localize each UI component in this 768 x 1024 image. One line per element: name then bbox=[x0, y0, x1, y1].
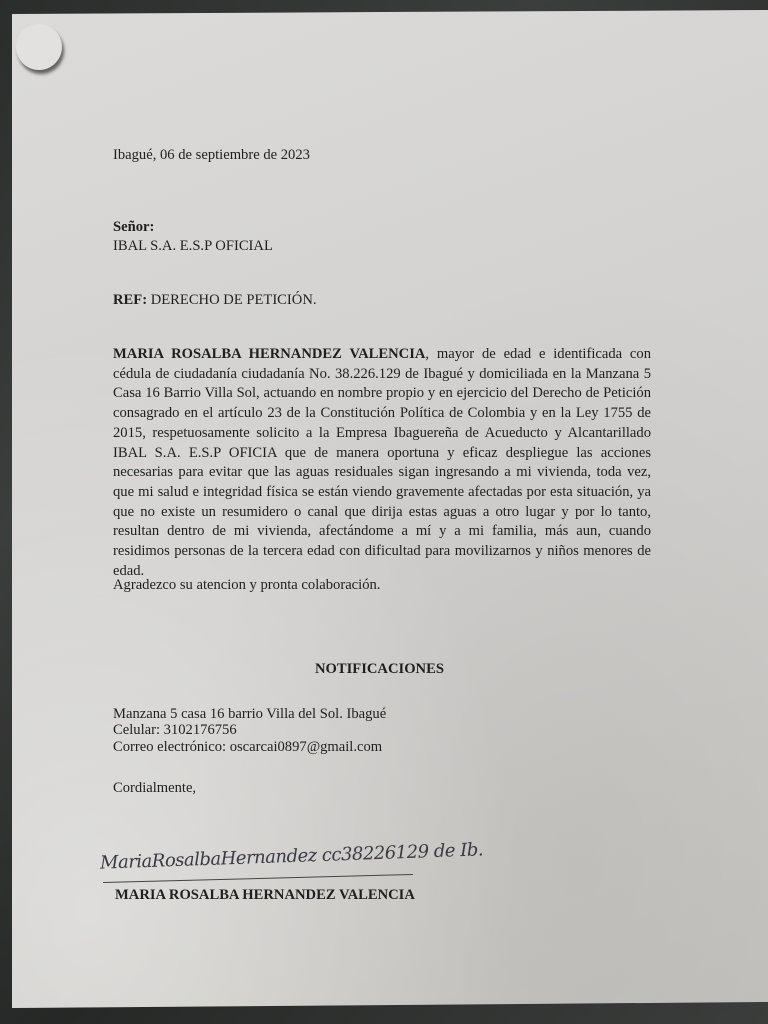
recipient: IBAL S.A. E.S.P OFICIAL bbox=[113, 237, 273, 257]
body-text: , mayor de edad e identificada con cédul… bbox=[113, 346, 651, 579]
date-line: Ibagué, 06 de septiembre de 2023 bbox=[113, 146, 310, 166]
letter-body: MARIA ROSALBA HERNANDEZ VALENCIA, mayor … bbox=[113, 345, 651, 581]
closing-line: Cordialmente, bbox=[113, 779, 196, 799]
torn-corner bbox=[16, 24, 62, 70]
salutation-label: Señor: bbox=[113, 218, 154, 238]
petitioner-name: MARIA ROSALBA HERNANDEZ VALENCIA bbox=[113, 346, 425, 362]
ref-label: REF: bbox=[113, 292, 147, 308]
reference-line: REF: DERECHO DE PETICIÓN. bbox=[113, 291, 317, 311]
ref-text: DERECHO DE PETICIÓN. bbox=[147, 292, 316, 308]
signer-name: MARIA ROSALBA HERNANDEZ VALENCIA bbox=[115, 886, 415, 906]
email-line: Correo electrónico: oscarcai0897@gmail.c… bbox=[113, 738, 382, 758]
notifications-heading: NOTIFICACIONES bbox=[315, 660, 444, 680]
thanks-line: Agradezco su atencion y pronta colaborac… bbox=[113, 576, 380, 596]
